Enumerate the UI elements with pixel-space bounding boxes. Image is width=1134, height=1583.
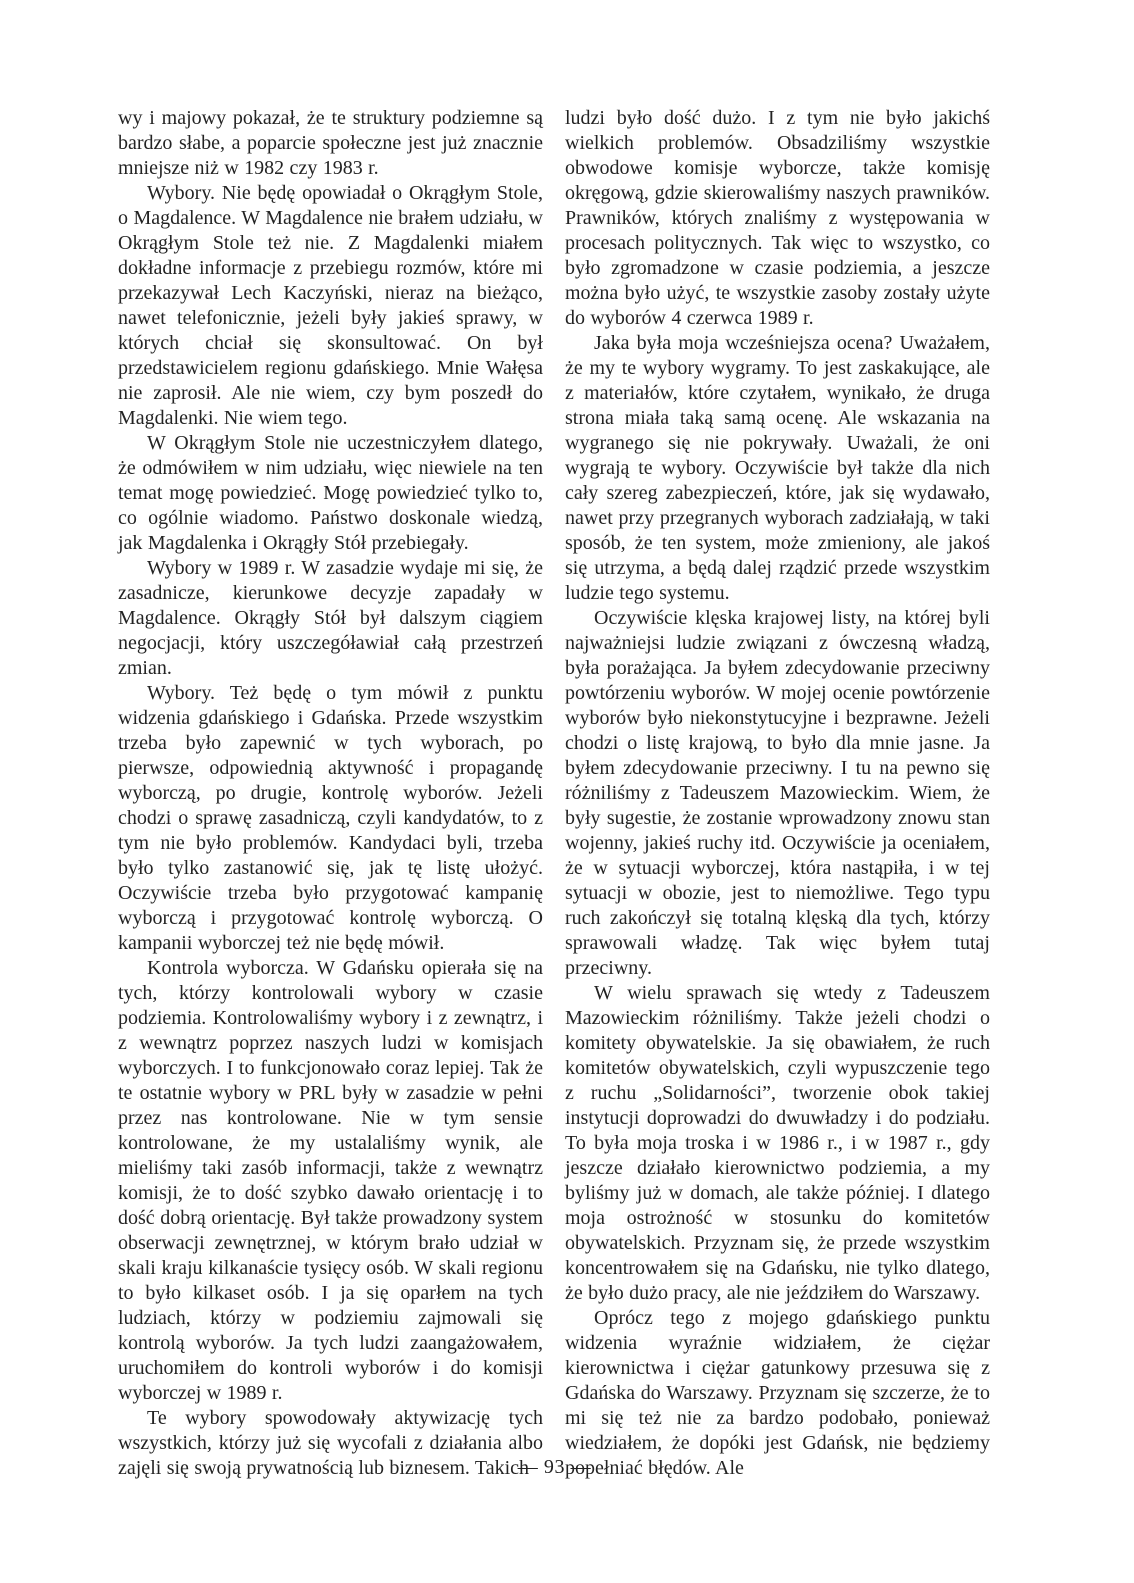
paragraph: Jaka była moja wcześniejsza ocena? Uważa… (565, 331, 990, 606)
paragraph: Wybory w 1989 r. W zasadzie wydaje mi si… (118, 556, 543, 681)
page-number: — 93 — (118, 1455, 991, 1480)
paragraph: W wielu sprawach się wtedy z Tadeuszem M… (565, 981, 990, 1306)
paragraph: Wybory. Też będę o tym mówił z punktu wi… (118, 681, 543, 956)
book-page: { "left_column": { "paragraphs": [ "wy i… (0, 0, 1134, 1583)
paragraph: wy i majowy pokazał, że te struktury pod… (118, 106, 543, 181)
paragraph: W Okrągłym Stole nie uczestniczyłem dlat… (118, 431, 543, 556)
paragraph: ludzi było dość dużo. I z tym nie było j… (565, 106, 990, 331)
right-column: ludzi było dość dużo. I z tym nie było j… (565, 106, 990, 1481)
paragraph: Oczywiście klęska krajowej listy, na któ… (565, 606, 990, 981)
paragraph: Kontrola wyborcza. W Gdańsku opierała si… (118, 956, 543, 1406)
left-column: wy i majowy pokazał, że te struktury pod… (118, 106, 543, 1481)
paragraph: Wybory. Nie będę opowiadał o Okrągłym St… (118, 181, 543, 431)
text-block: wy i majowy pokazał, że te struktury pod… (118, 106, 991, 1481)
